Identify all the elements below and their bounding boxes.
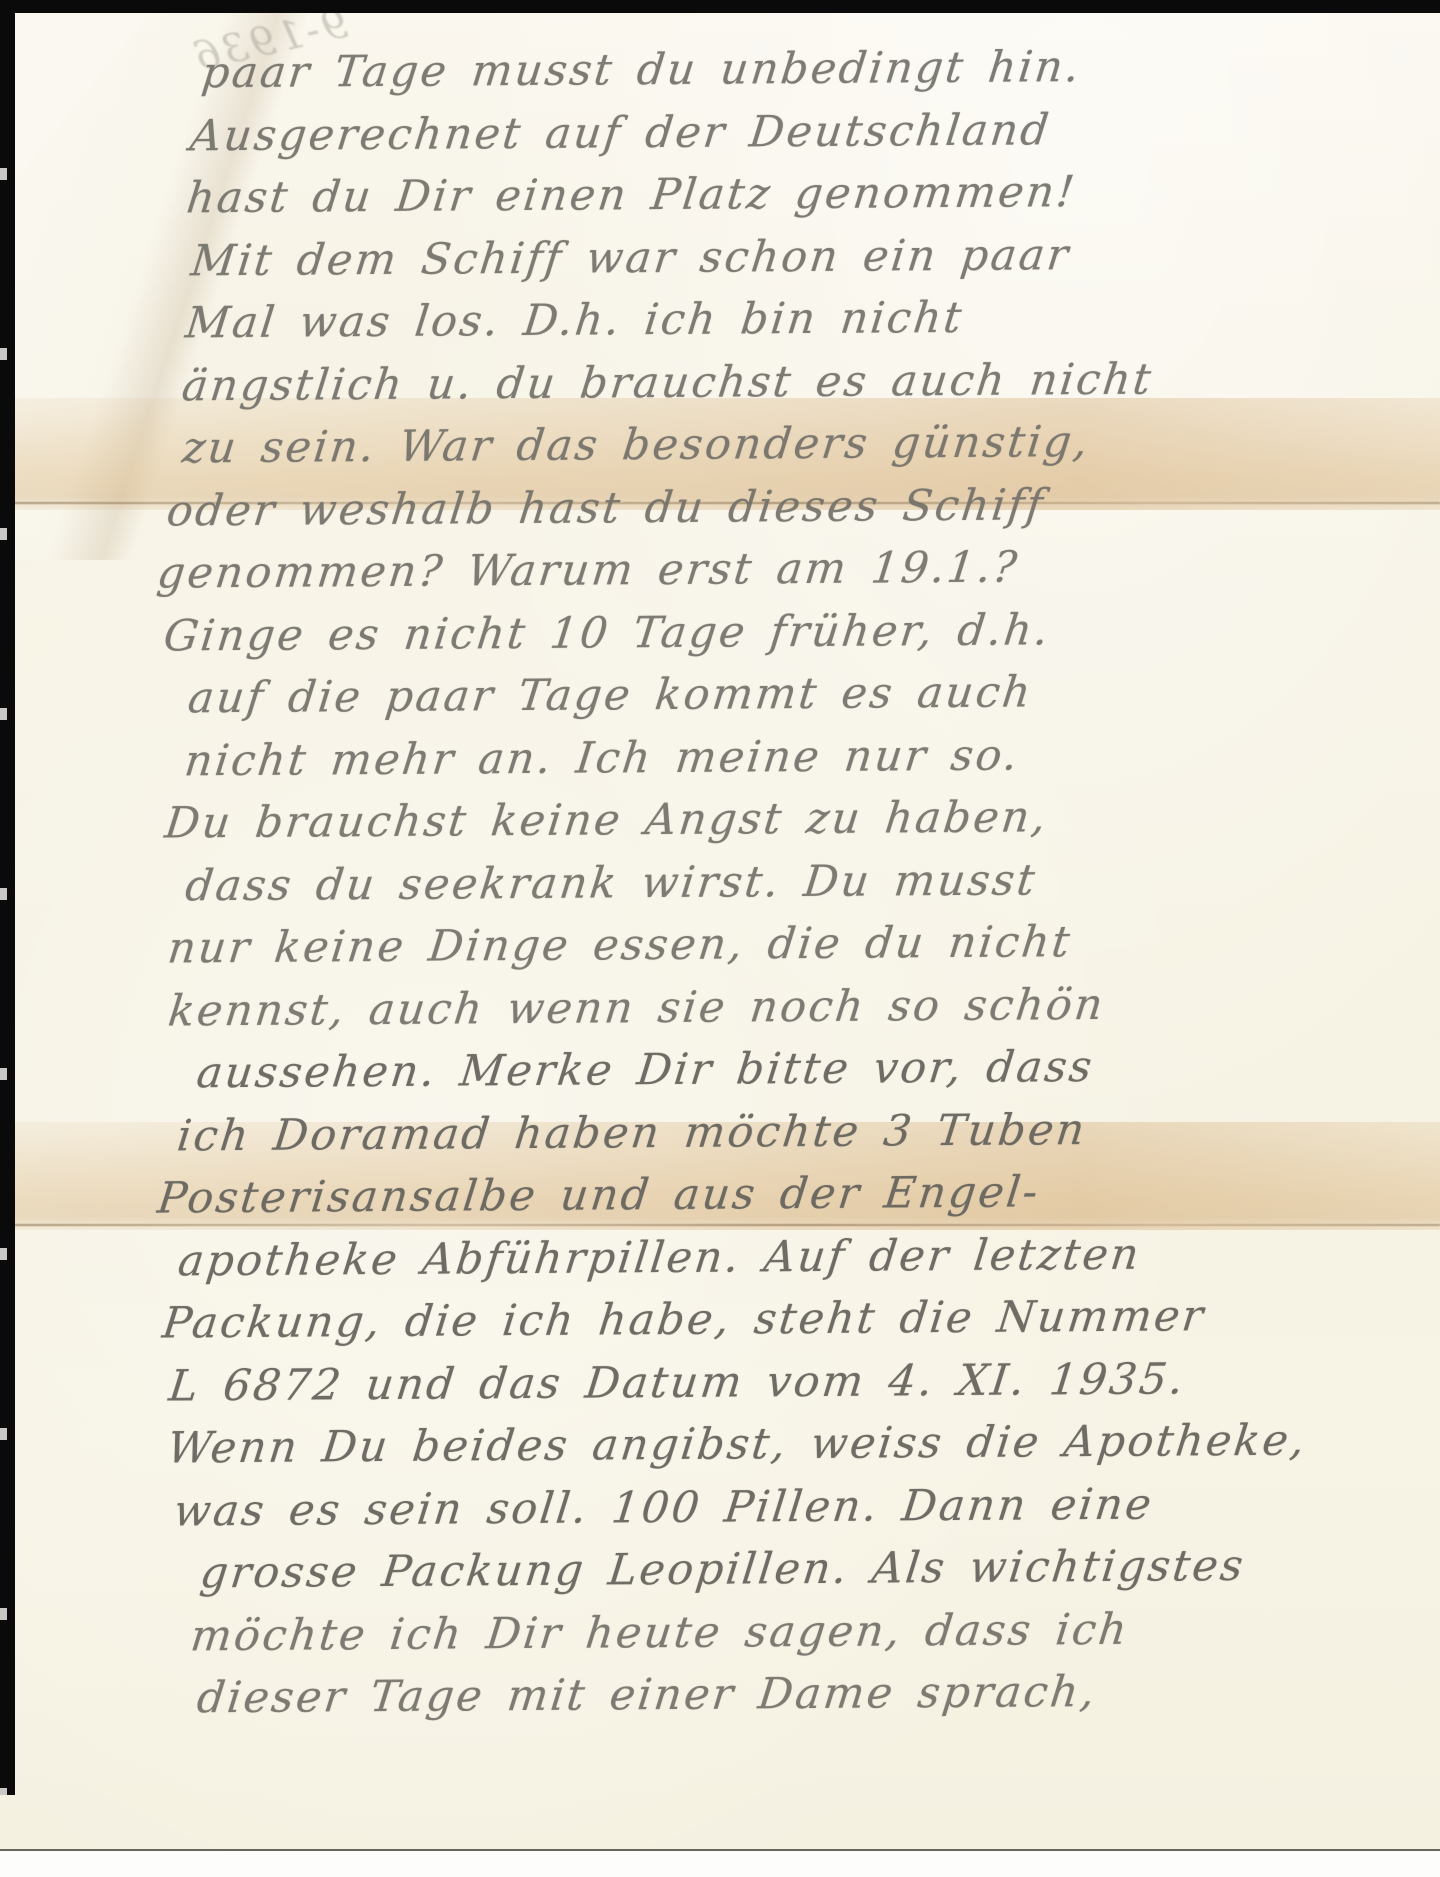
letter-line: paar Tage musst du unbedingt hin. — [198, 40, 1433, 111]
letter-line: Posterisansalbe und aus der Engel- — [154, 1165, 1440, 1236]
letter-line: nur keine Dinge essen, die du nicht — [164, 915, 1439, 986]
letter-line: genommen? Warum erst am 19.1.? — [153, 540, 1436, 611]
letter-line: dieser Tage mit einer Dame sprach, — [193, 1665, 1440, 1736]
letter-line: Mit dem Schiff war schon ein paar — [187, 227, 1434, 298]
letter-line: auf die paar Tage kommt es auch — [184, 665, 1437, 736]
scan-edge-left — [0, 0, 15, 1795]
letter-line: L 6872 und das Datum vom 4. XI. 1935. — [165, 1352, 1440, 1423]
letter-body: paar Tage musst du unbedingt hin.Ausgere… — [179, 40, 1440, 1736]
letter-line: Ginge es nicht 10 Tage früher, d.h. — [160, 602, 1437, 673]
letter-line: aussehen. Merke Dir bitte vor, dass — [193, 1040, 1440, 1111]
letter-line: ängstlich u. du brauchst es auch nicht — [178, 352, 1435, 423]
letter-line: ich Doramad haben möchte 3 Tuben — [173, 1102, 1440, 1173]
letter-line: Packung, die ich habe, steht die Nummer — [158, 1290, 1440, 1361]
letter-line: hast du Dir einen Platz genommen! — [183, 165, 1434, 236]
folded-corner-backing — [0, 0, 160, 200]
letter-line: dass du seekrank wirst. Du musst — [181, 852, 1438, 923]
scan-edge-top — [0, 0, 1440, 13]
letter-line: Du brauchst keine Angst zu haben, — [161, 790, 1438, 861]
letter-line: apotheke Abführpillen. Auf der letzten — [174, 1227, 1440, 1298]
letter-paper: 9-1936 paar Tage musst du unbedingt hin.… — [0, 0, 1440, 1851]
letter-line: Wenn Du beides angibst, weiss die Apothe… — [163, 1415, 1440, 1486]
letter-line: oder weshalb hast du dieses Schiff — [163, 477, 1436, 548]
letter-line: Mal was los. D.h. ich bin nicht — [181, 290, 1434, 361]
letter-line: was es sein soll. 100 Pillen. Dann eine — [170, 1477, 1440, 1548]
letter-line: Ausgerechnet auf der Deutschland — [186, 102, 1433, 173]
scan-background-below-paper — [0, 1851, 1440, 1877]
letter-line: kennst, auch wenn sie noch so schön — [164, 977, 1439, 1048]
scanned-letter-page: 9-1936 paar Tage musst du unbedingt hin.… — [0, 0, 1440, 1877]
letter-line: nicht mehr an. Ich meine nur so. — [181, 727, 1438, 798]
letter-line: zu sein. War das besonders günstig, — [178, 415, 1435, 486]
letter-line: möchte ich Dir heute sagen, dass ich — [187, 1602, 1440, 1673]
letter-line: grosse Packung Leopillen. Als wichtigste… — [196, 1540, 1440, 1611]
